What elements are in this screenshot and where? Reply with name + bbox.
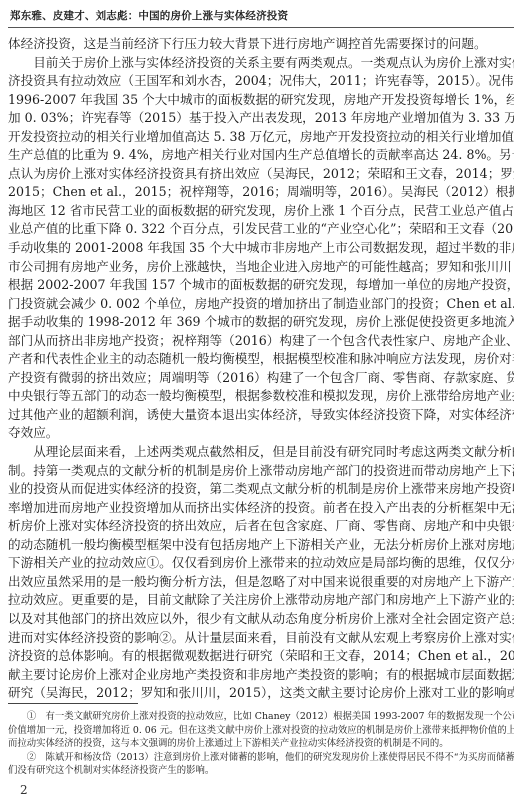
text-line: 制。持第一类观点的文献分析的机制是房价上涨带动房地产部门的投资进而带动房地产上下… [8,462,514,481]
text-line: 研究（吴海民，2012；罗知和张川川，2015），这类文献主要讨论房价上涨对工业… [8,684,514,703]
text-line: 下游相关产业的拉动效应①。仅仅看到房价上涨带来的拉动效应是局部均衡的思维，仅仅分… [8,554,514,573]
text-line: 从理论层面来看，上述两类观点截然相反，但是目前没有研究同时考虑这两类文献分析的机 [8,443,514,462]
text-line: 业的投资从而促进实体经济的投资，第二类观点文献分析的机制是房价上涨带来房地产投资… [8,480,514,499]
text-line: 以及对其他部门的挤出效应以外，很少有文献从动态角度分析房价上涨对全社会固定资产总… [8,610,514,629]
text-line: 手动收集的 2001-2008 年我国 35 个大中城市非房地产上市公司数据发现… [8,239,514,258]
text-line: 1996-2007 年我国 35 个大中城市的面板数据的研究发现，房地产开发投资… [8,91,514,110]
text-line: 济投资的总体影响。有的根据微观数据进行研究（荣昭和王文春，2014；Chen e… [8,647,514,666]
footnote-line: 价值增加一元，投资增加将近 0. 06 元。但在这类文献中房价上涨对投资的拉动效… [8,724,514,738]
text-line: 根据 2002-2007 年我国 157 个城市的面板数据的研究发现，每增加一单… [8,276,514,295]
text-line: 海地区 12 省市民营工业的面板数据的研究发现，房价上涨 1 个百分点，民营工业… [8,202,514,221]
text-line: 产者和代表性企业主的动态随机一般均衡模型，根据模型校准和脉冲响应方法发现，房价对… [8,350,514,369]
text-line: 拉动效应。更重要的是，目前文献除了关注房价上涨带动房地产部门和房地产上下游产业的… [8,591,514,610]
footnotes: ① 有一类文献研究房价上涨对投资的拉动效应，比如 Chaney（2012）根据美… [8,710,514,778]
text-line: 加 0. 03%；许宪春等（2015）基于投入产出表发现，2013 年房地产业增… [8,109,514,128]
text-line: 开发投资拉动的相关行业增加值高达 5. 38 万亿元，房地产开发投资拉动的相关行… [8,128,514,147]
footnote-line: ② 陈斌开和杨汝岱（2013）注意到房价上涨对储蓄的影响，他们的研究发现房价上涨… [8,751,514,765]
text-line: 据手动收集的 1998-2012 年 369 个城市的数据的研究发现，房价上涨促… [8,313,514,332]
text-line: 门投资就会减少 0. 002 个单位，房地产投资的增加挤出了制造业部门的投资；C… [8,295,514,314]
body-text: 体经济投资，这是当前经济下行压力较大背景下进行房地产调控首先需要探讨的问题。 目… [8,35,514,703]
page-number: 2 [20,783,28,797]
text-line: 部门从而挤出非房地产投资；祝梓翔等（2016）构建了一个包含代表性家户、房地产企… [8,332,514,351]
text-line: 点认为房价上涨对实体经济投资具有挤出效应（吴海民，2012；荣昭和王文春，201… [8,165,514,184]
text-line: 夺效应。 [8,424,514,443]
paragraph-2: 目前关于房价上涨与实体经济投资的关系主要有两类观点。一类观点认为房价上涨对实体经… [8,54,514,443]
text-line: 2015；Chen et al.，2015；祝梓翔等，2016；周端明等，201… [8,183,514,202]
text-line: 生产总值的比重为 9. 4%，房地产相关行业对国内生产总值增长的贡献率高达 24… [8,146,514,165]
text-line: 济投资具有拉动效应（王国军和刘水杏，2004；况伟大，2011；许宪春等，201… [8,72,514,91]
text-line: 析房价上涨对实体经济投资的挤出效应，后者在包含家庭、厂商、零售商、房地产和中央银… [8,517,514,536]
footnote-rule [8,703,138,704]
footnote-line: 而拉动实体经济的投资，这与本文强调的房价上涨通过上下游相关产业拉动实体经济投资的… [8,737,514,751]
text-line: 体经济投资，这是当前经济下行压力较大背景下进行房地产调控首先需要探讨的问题。 [8,35,514,54]
text-line: 中央银行等五部门的动态一般均衡模型，根据参数校准和模拟发现，房价上涨带给房地产业… [8,387,514,406]
footnote-1: ① 有一类文献研究房价上涨对投资的拉动效应，比如 Chaney（2012）根据美… [8,710,514,751]
text-line: 产投资有微弱的挤出效应；周端明等（2016）构建了一个包含厂商、零售商、存款家庭… [8,369,514,388]
header-rule [8,27,514,28]
text-line: 业总产值的比重下降 0. 322 个百分点，引发民营工业的“产业空心化”；荣昭和… [8,220,514,239]
text-line: 率增加进而房地产业投资增加从而挤出实体经济的投资。前者在投入产出表的分析框架中无… [8,499,514,518]
text-line: 进而对实体经济投资的影响②。从计量层面来看，目前没有文献从宏观上考察房价上涨对实… [8,629,514,648]
footnote-2: ② 陈斌开和杨汝岱（2013）注意到房价上涨对储蓄的影响，他们的研究发现房价上涨… [8,751,514,778]
running-header: 郑东雅、皮建才、刘志彪：中国的房价上涨与实体经济投资 [10,8,510,23]
text-line: 出效应虽然采用的是一般均衡分析方法，但是忽略了对中国来说很重要的对房地产上下游产… [8,573,514,592]
paragraph-1: 体经济投资，这是当前经济下行压力较大背景下进行房地产调控首先需要探讨的问题。 [8,35,514,54]
footnote-line: ① 有一类文献研究房价上涨对投资的拉动效应，比如 Chaney（2012）根据美… [8,710,514,724]
text-line: 献主要讨论房价上涨对企业房地产类投资和非房地产类投资的影响；有的根据城市层面数据… [8,666,514,685]
paragraph-3: 从理论层面来看，上述两类观点截然相反，但是目前没有研究同时考虑这两类文献分析的机… [8,443,514,703]
text-line: 目前关于房价上涨与实体经济投资的关系主要有两类观点。一类观点认为房价上涨对实体经 [8,54,514,73]
text-line: 市公司拥有房地产业务，房价上涨越快，当地企业进入房地产的可能性越高；罗知和张川川… [8,258,514,277]
text-line: 过其他产业的超额利润，诱使大量资本退出实体经济，导致实体经济投资下降，对实体经济… [8,406,514,425]
footnote-line: 们没有研究这个机制对实体经济投资产生的影响。 [8,764,514,778]
text-line: 的动态随机一般均衡模型框架中没有包括房地产上下游相关产业，无法分析房价上涨对房地… [8,536,514,555]
